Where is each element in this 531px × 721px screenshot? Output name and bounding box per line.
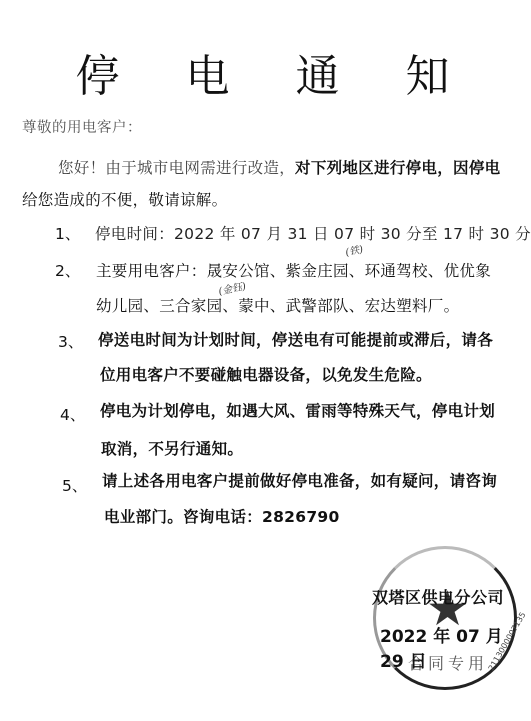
item-3-number: 3、: [58, 330, 83, 352]
intro-line-2: 给您造成的不便，敬请谅解。: [22, 188, 227, 210]
item-3-line-2: 位用电客户不要碰触电器设备，以免发生危险。: [100, 363, 432, 385]
page-title: 停 电 通 知: [0, 40, 531, 104]
item-2-number: 2、: [55, 259, 80, 281]
signature-date: 2022 年 07 月 29 日: [380, 622, 531, 672]
item-4-line-2: 取消，不另行通知。: [101, 437, 243, 459]
item-4-number: 4、: [60, 403, 85, 425]
signature-organization: 双塔区供电分公司: [372, 585, 504, 608]
item-1-number: 1、: [55, 222, 80, 244]
item-5-line-1: 请上述各用电客户提前做好停电准备，如有疑问，请咨询: [102, 469, 497, 491]
handwritten-note-1: (铁): [344, 240, 365, 258]
item-2-line-1: 主要用电客户：晟安公馆、紫金庄园、环通驾校、优优象: [96, 259, 491, 281]
intro-line-1-bold: 对下列地区进行停电，因停电: [295, 159, 500, 177]
intro-line-1: 您好！由于城市电网需进行改造，对下列地区进行停电，因停电: [58, 156, 500, 178]
item-5-line-2: 电业部门。咨询电话：2826790: [104, 505, 340, 527]
salutation: 尊敬的用电客户：: [22, 116, 142, 137]
intro-line-1-normal: 您好！由于城市电网需进行改造，: [58, 159, 295, 177]
item-5-number: 5、: [62, 474, 87, 496]
item-3-line-1: 停送电时间为计划时间，停送电有可能提前或滞后，请各: [98, 328, 493, 350]
item-1-line-1: 停电时间：2022 年 07 月 31 日 07 时 30 分至 17 时 30…: [95, 222, 531, 244]
item-4-line-1: 停电为计划停电，如遇大风、雷雨等特殊天气，停电计划: [100, 399, 495, 421]
item-2-line-2: 幼儿园、三合家园、蒙中、武警部队、宏达塑料厂。: [96, 294, 459, 316]
